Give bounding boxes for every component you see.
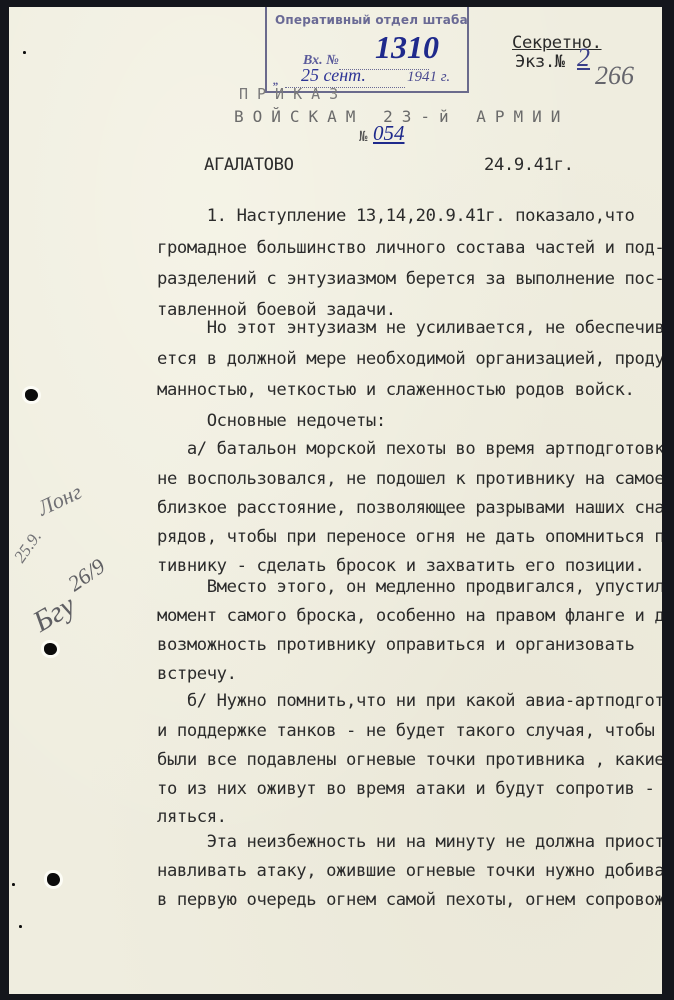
margin-note-signature-1: Лонг xyxy=(34,479,86,522)
body-line: рядов, чтобы при переносе огня не дать о… xyxy=(157,527,662,547)
copy-number: 2 xyxy=(577,43,590,73)
stamp-date: 25 сент. xyxy=(301,65,366,86)
punch-hole xyxy=(25,389,38,401)
stamp-year: 1941 г. xyxy=(407,69,450,86)
body-line: то из них оживут во время атаки и будут … xyxy=(157,779,654,799)
punch-hole xyxy=(47,873,60,886)
margin-note-signature-2: Бгу xyxy=(27,589,81,640)
body-line: встречу. xyxy=(157,664,237,684)
body-line: близкое расстояние, позволяющее разрывам… xyxy=(157,498,662,518)
order-date: 24.9.41г. xyxy=(484,155,574,175)
place: АГАЛАТОВО xyxy=(204,155,294,175)
stamp-incoming-number: 1310 xyxy=(375,29,439,66)
body-line: тавленной боевой задачи. xyxy=(157,300,396,320)
body-line: 1. Наступление 13,14,20.9.41г. показало,… xyxy=(157,206,635,226)
body-line: б/ Нужно помнить,что ни при какой авиа-а… xyxy=(157,691,662,711)
incoming-stamp: Оперативный отдел штаба Вх. № 1310 25 се… xyxy=(265,7,469,93)
body-line: возможность противнику оправиться и орга… xyxy=(157,635,635,655)
stamp-title: Оперативный отдел штаба xyxy=(275,13,468,27)
pin-hole xyxy=(12,883,15,886)
body-line: были все подавлены огневые точки противн… xyxy=(157,750,662,770)
archive-page-number: 266 xyxy=(595,61,634,91)
margin-note-date-2: 26/9 xyxy=(63,553,110,597)
order-number-label: № xyxy=(359,129,367,145)
body-line: тивнику - сделать бросок и захватить его… xyxy=(157,556,644,576)
body-line: а/ батальон морской пехоты во время артп… xyxy=(157,439,662,459)
body-line: громадное большинство личного состава ча… xyxy=(157,238,662,258)
copy-label: Экз.№ xyxy=(515,52,565,72)
body-line: Эта неизбежность ни на минуту не должна … xyxy=(157,832,662,852)
body-line: Вместо этого, он медленно продвигался, у… xyxy=(157,577,662,597)
body-line: манностью, четкостью и слаженностью родо… xyxy=(157,380,635,400)
order-number: 054 xyxy=(373,121,405,146)
body-line: момент самого броска, особенно на правом… xyxy=(157,606,662,626)
body-line: ляться. xyxy=(157,807,227,827)
body-line: в первую очередь огнем самой пехоты, огн… xyxy=(157,890,662,910)
margin-note-date-1: 25.9. xyxy=(10,527,46,566)
punch-hole xyxy=(44,643,57,655)
body-line: навливать атаку, ожившие огневые точки н… xyxy=(157,861,662,881)
body-line: Основные недочеты: xyxy=(157,411,386,431)
pin-hole xyxy=(19,925,22,928)
body-line: Но этот энтузиазм не усиливается, не обе… xyxy=(157,318,662,338)
body-line: разделений с энтузиазмом берется за выпо… xyxy=(157,269,662,289)
document-page: Оперативный отдел штаба Вх. № 1310 25 се… xyxy=(9,7,662,994)
body-line: и поддержке танков - не будет такого слу… xyxy=(157,721,654,741)
body-line: ется в должной мере необходимой организа… xyxy=(157,349,662,369)
pin-hole xyxy=(23,51,26,54)
body-line: не воспользовался, не подошел к противни… xyxy=(157,469,662,489)
doc-type: ПРИКАЗ xyxy=(239,85,347,103)
